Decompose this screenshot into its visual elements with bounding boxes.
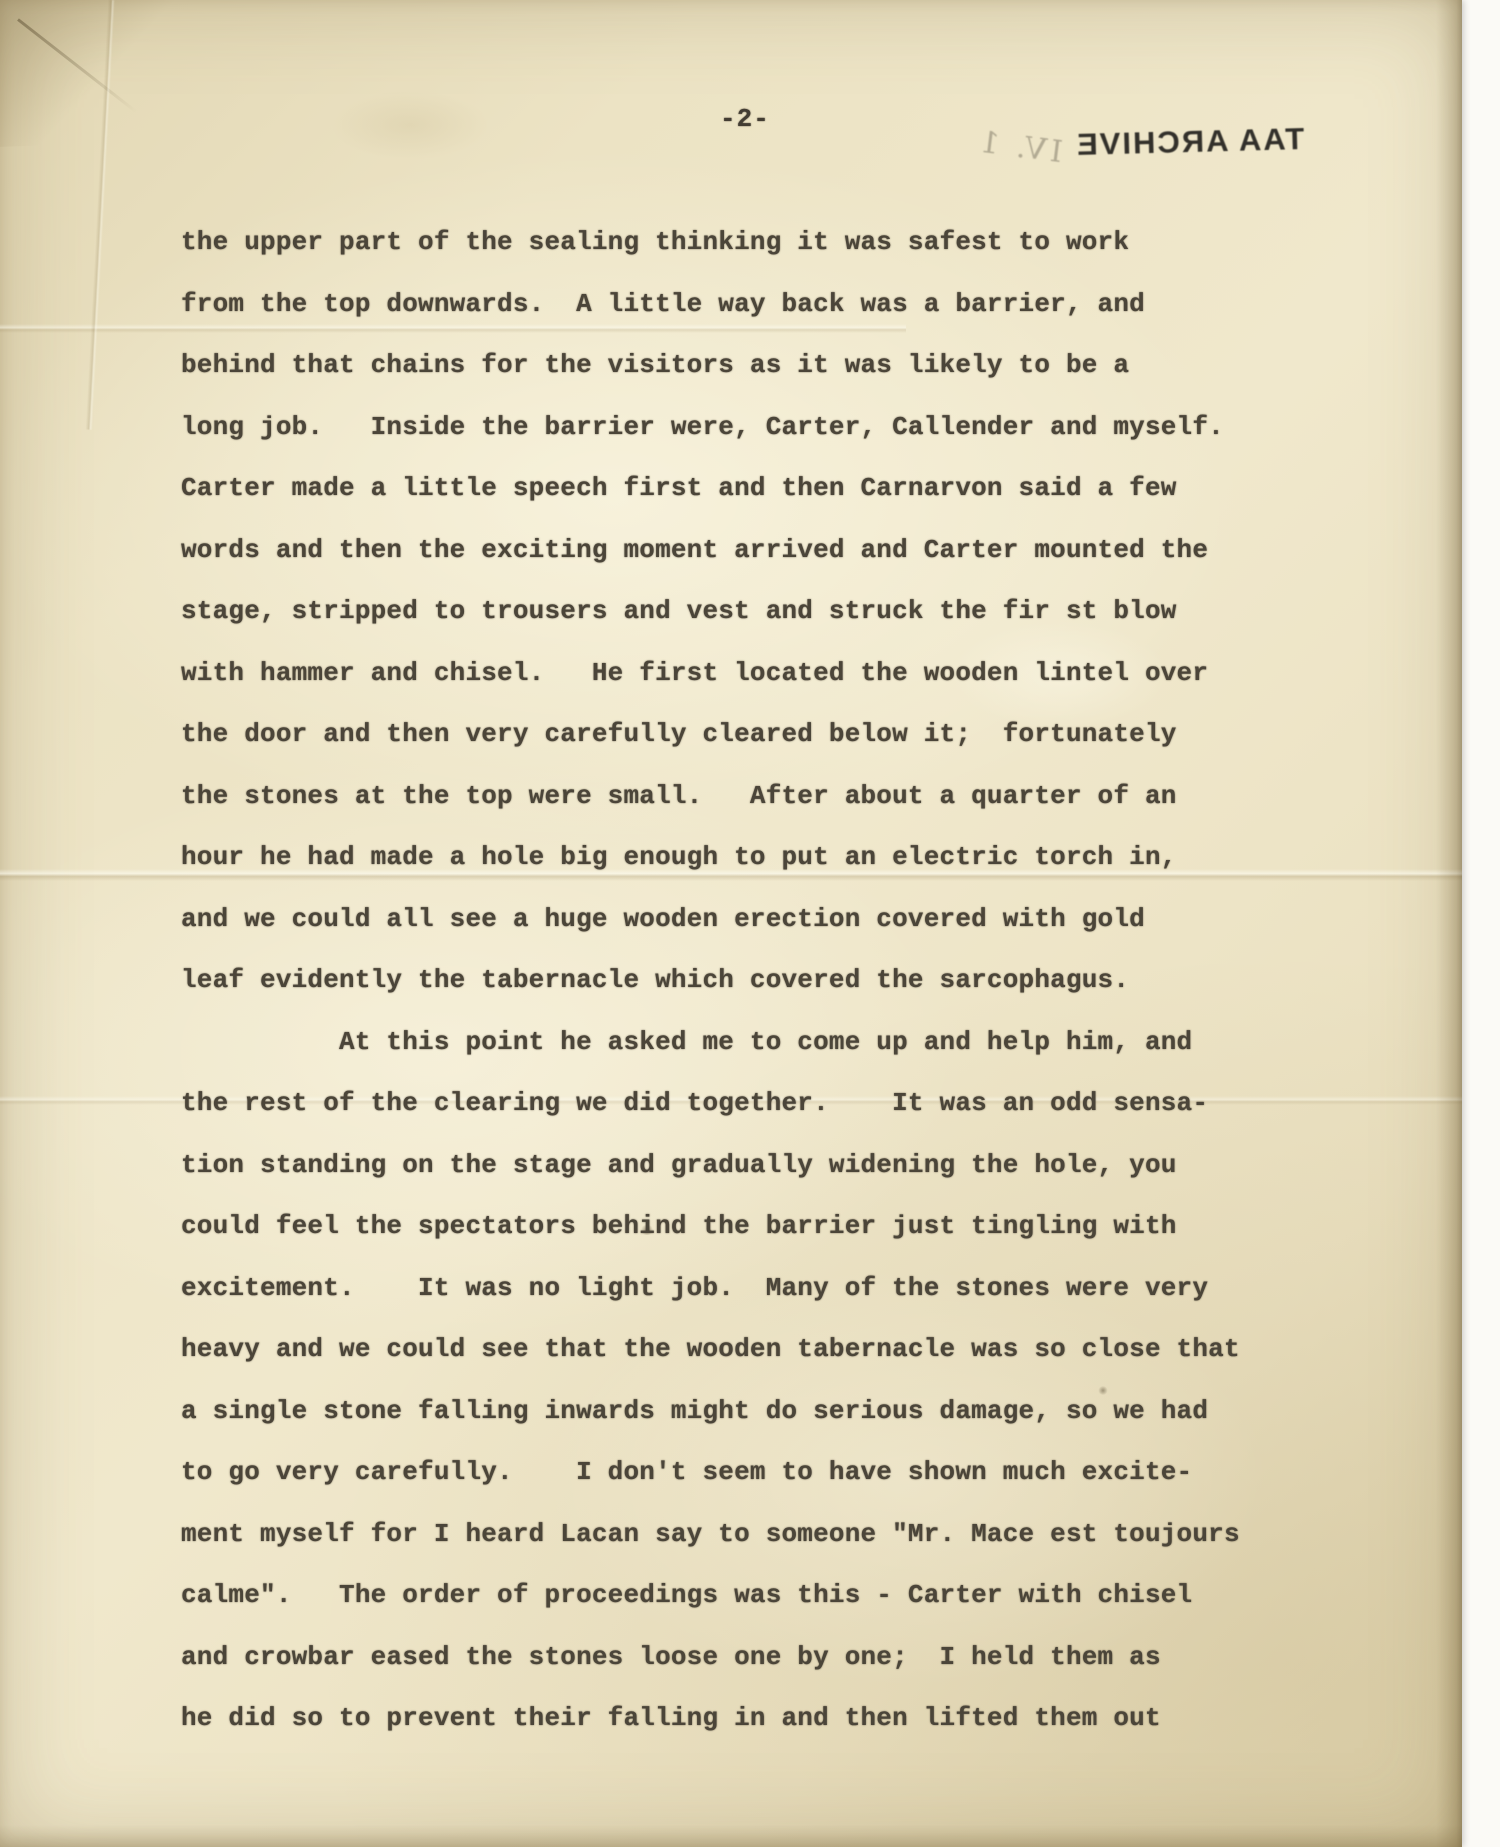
text-line: the door and then very carefully cleared… bbox=[181, 704, 1311, 766]
text-line: excitement. It was no light job. Many of… bbox=[181, 1258, 1311, 1320]
text-line: a single stone falling inwards might do … bbox=[181, 1381, 1311, 1443]
page-number: -2- bbox=[720, 104, 770, 134]
paper-bottom-edge-shadow bbox=[0, 1825, 1462, 1847]
text-line: leaf evidently the tabernacle which cove… bbox=[181, 950, 1311, 1012]
text-line: At this point he asked me to come up and… bbox=[181, 1012, 1311, 1074]
vertical-crease-left bbox=[85, 0, 114, 430]
text-line: hour he had made a hole big enough to pu… bbox=[181, 827, 1311, 889]
pencil-annotation-mirrored: IV. 1 bbox=[974, 125, 1064, 170]
corner-crease-line bbox=[17, 18, 137, 113]
text-line: and we could all see a huge wooden erect… bbox=[181, 889, 1311, 951]
text-line: calme". The order of proceedings was thi… bbox=[181, 1565, 1311, 1627]
text-line: the rest of the clearing we did together… bbox=[181, 1073, 1311, 1135]
text-line: the stones at the top were small. After … bbox=[181, 766, 1311, 828]
text-line: behind that chains for the visitors as i… bbox=[181, 335, 1311, 397]
text-line: words and then the exciting moment arriv… bbox=[181, 520, 1311, 582]
text-line: ment myself for I heard Lacan say to som… bbox=[181, 1504, 1311, 1566]
text-line: with hammer and chisel. He first located… bbox=[181, 643, 1311, 705]
text-line: and crowbar eased the stones loose one b… bbox=[181, 1627, 1311, 1689]
text-line: heavy and we could see that the wooden t… bbox=[181, 1319, 1311, 1381]
text-line: tion standing on the stage and gradually… bbox=[181, 1135, 1311, 1197]
corner-fold bbox=[0, 0, 203, 148]
document-lines: the upper part of the sealing thinking i… bbox=[181, 212, 1311, 1750]
archive-stamp-mirrored: TAA ARCHIVE bbox=[1074, 121, 1304, 163]
paper-right-edge-shadow bbox=[1436, 0, 1462, 1847]
text-line: he did so to prevent their falling in an… bbox=[181, 1688, 1311, 1750]
text-line: the upper part of the sealing thinking i… bbox=[181, 212, 1311, 274]
text-line: could feel the spectators behind the bar… bbox=[181, 1196, 1311, 1258]
text-line: long job. Inside the barrier were, Carte… bbox=[181, 397, 1311, 459]
text-line: Carter made a little speech first and th… bbox=[181, 458, 1311, 520]
text-line: stage, stripped to trousers and vest and… bbox=[181, 581, 1311, 643]
paper-discoloration bbox=[330, 90, 490, 160]
text-line: to go very carefully. I don't seem to ha… bbox=[181, 1442, 1311, 1504]
text-line: from the top downwards. A little way bac… bbox=[181, 274, 1311, 336]
scanned-letter-page: -2- IV. 1 TAA ARCHIVE the upper part of … bbox=[0, 0, 1462, 1847]
